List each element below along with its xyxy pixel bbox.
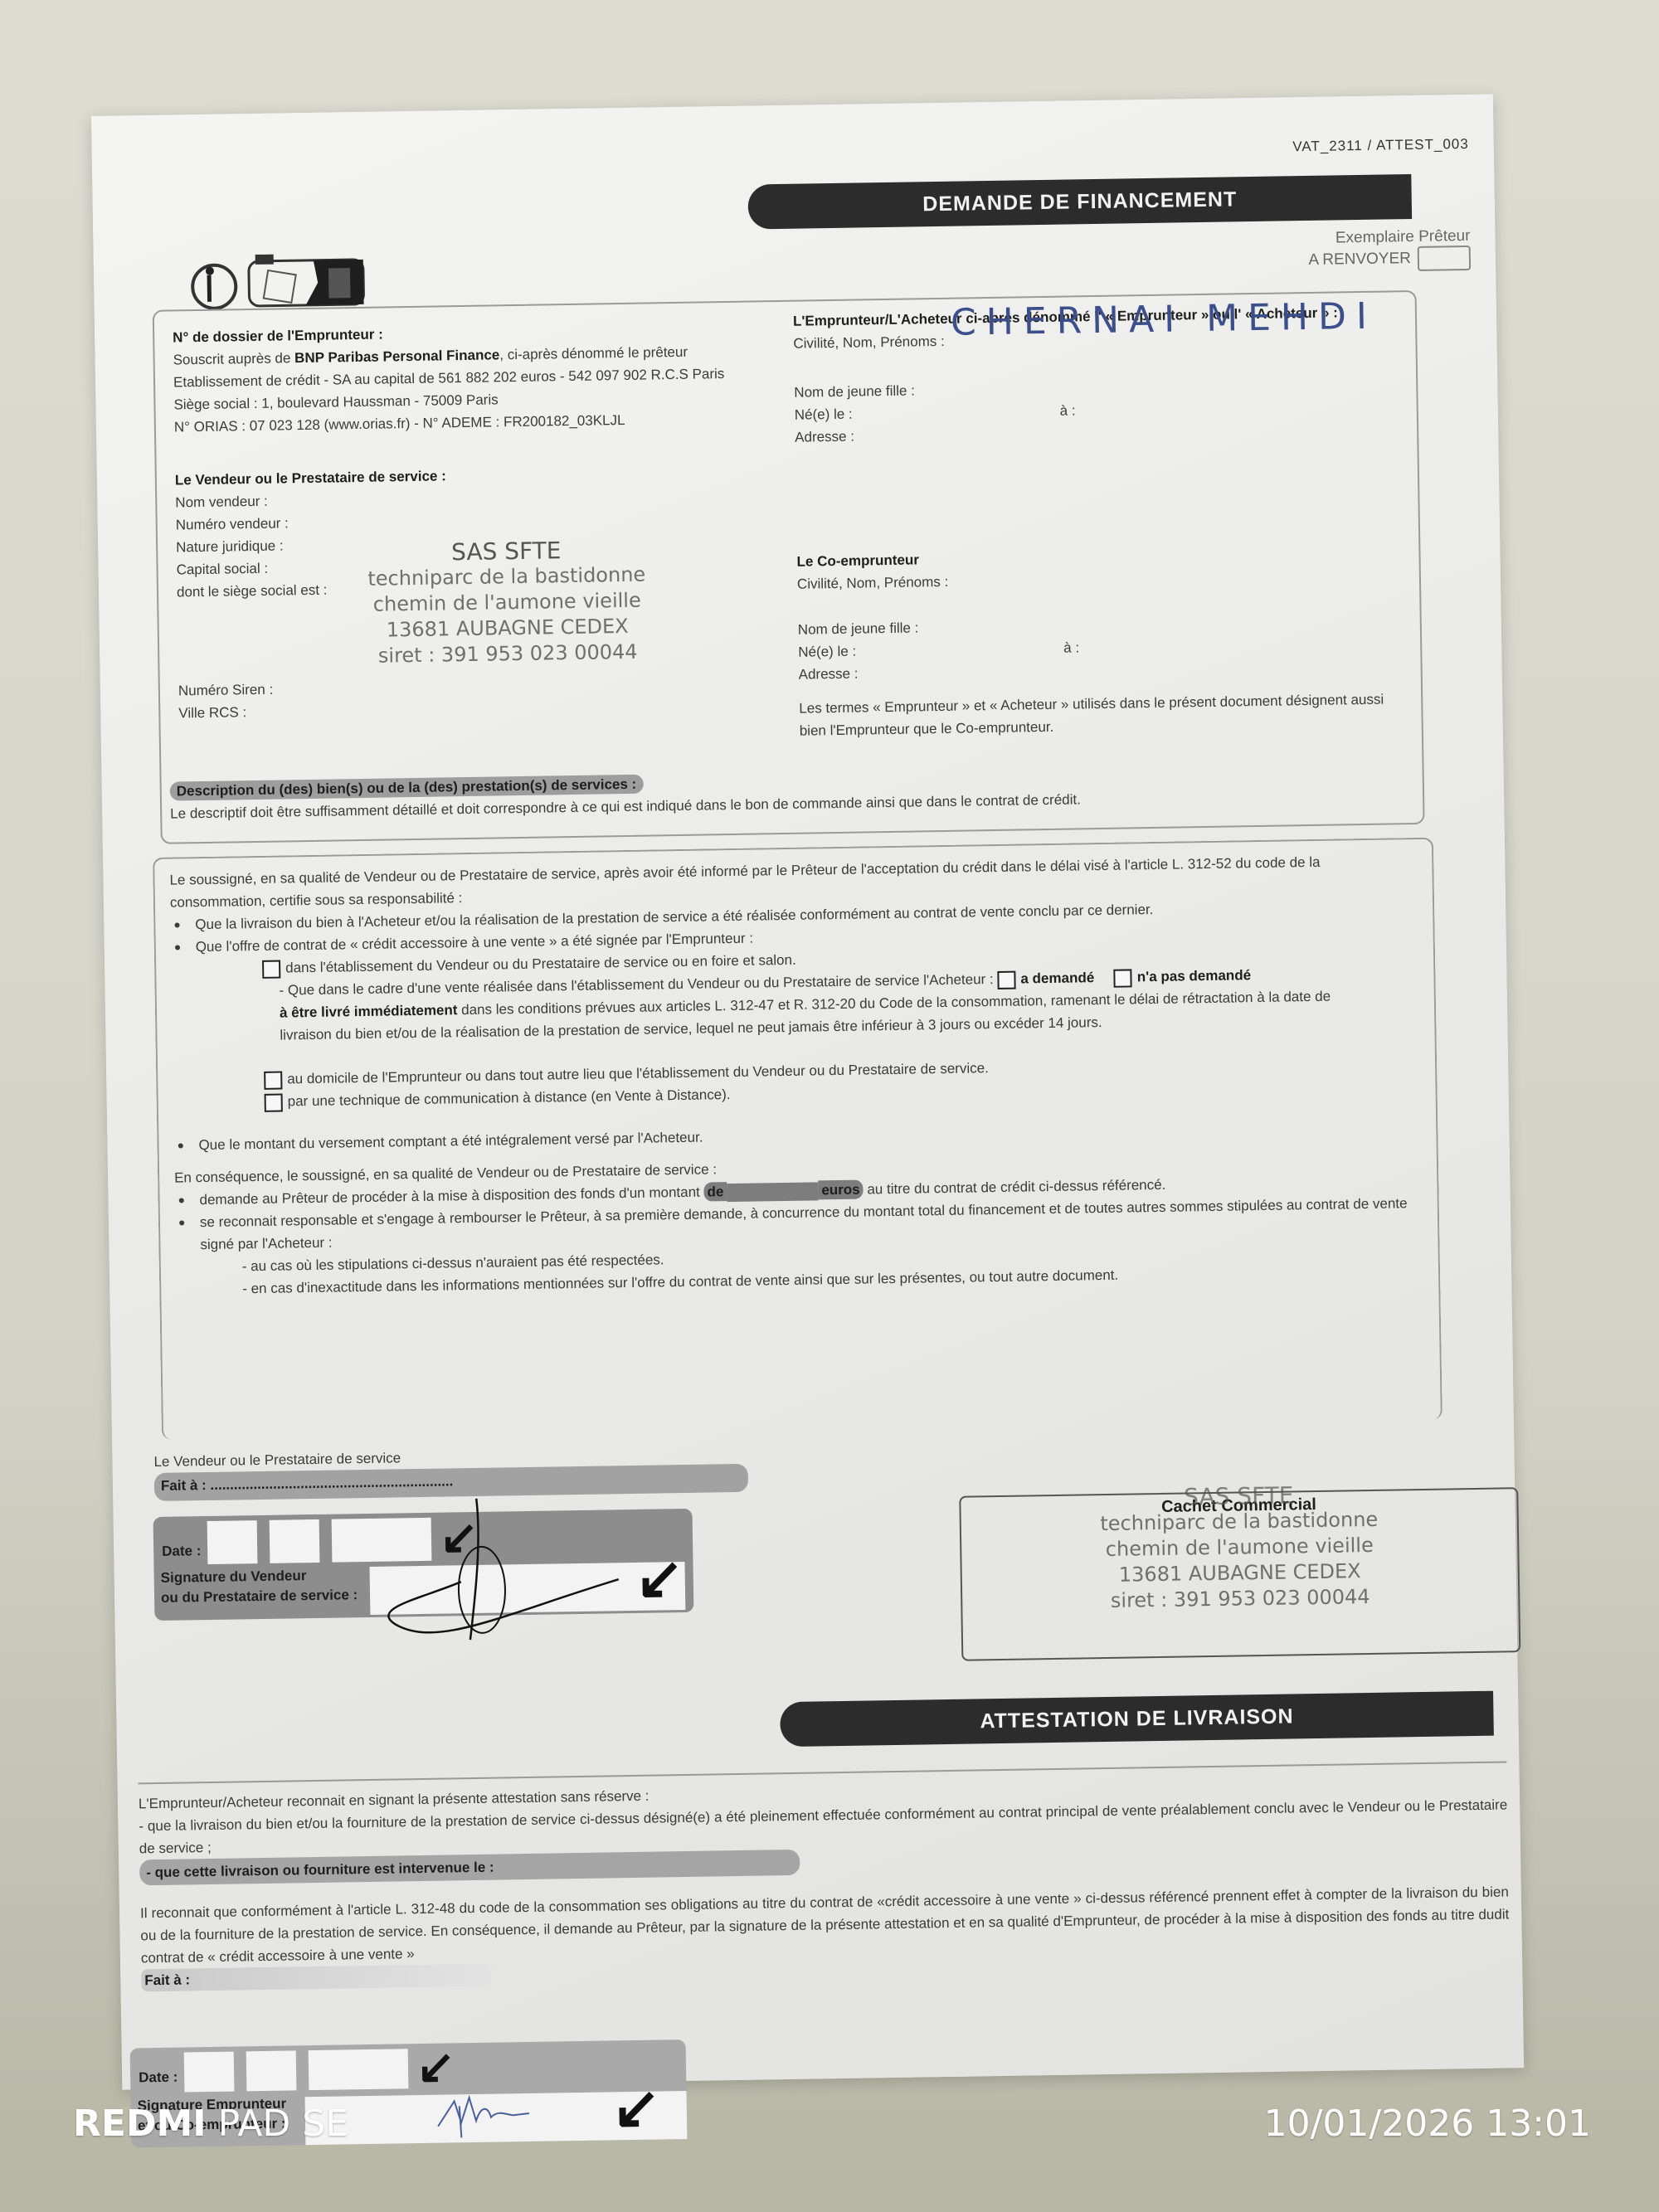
co-ne-le-label: Né(e) le : bbox=[798, 644, 856, 660]
montant-field[interactable] bbox=[727, 1182, 818, 1202]
lieu-naissance-label: à : bbox=[1060, 399, 1076, 421]
na-pas-demande-checkbox[interactable] bbox=[1114, 969, 1132, 987]
cachet-commercial-box: Cachet Commercial SAS SFTE techniparc de… bbox=[959, 1487, 1520, 1661]
option-distance-label: par une technique de communication à dis… bbox=[288, 1087, 731, 1109]
emprunteur-date-month[interactable] bbox=[246, 2050, 297, 2091]
a-demande-checkbox[interactable] bbox=[997, 970, 1015, 989]
domicile-checkbox[interactable] bbox=[264, 1071, 282, 1089]
livre-immediatement-label: à être livré immédiatement bbox=[280, 1002, 458, 1020]
camera-timestamp: 10/01/2026 13:01 bbox=[1264, 2103, 1591, 2145]
dossier-section: N° de dossier de l'Emprunteur : Souscrit… bbox=[173, 317, 805, 439]
civilite-label: Civilité, Nom, Prénoms : bbox=[793, 333, 945, 352]
document-reference: VAT_2311 / ATTEST_003 bbox=[1292, 136, 1469, 155]
ville-rcs-label: Ville RCS : bbox=[178, 697, 494, 724]
exemplaire-label: Exemplaire Prêteur bbox=[1308, 227, 1471, 248]
a-demande-label: a demandé bbox=[1020, 970, 1094, 986]
arrow-down-left-icon: ↙ bbox=[416, 2043, 456, 2090]
attestation-section: L'Emprunteur/Acheteur reconnait en signa… bbox=[139, 1761, 1511, 1991]
ne-le-label: Né(e) le : bbox=[795, 406, 853, 423]
vendeur-stamp: SAS SFTE techniparc de la bastidonne che… bbox=[357, 536, 657, 669]
camera-brand-watermark: REDMI PAD SE bbox=[73, 2103, 348, 2145]
vendeur-date-month[interactable] bbox=[270, 1519, 320, 1563]
vendeur-date-signature-panel: Date : ↙ Signature du Vendeur ou du Pres… bbox=[153, 1509, 694, 1621]
certification-text: Le soussigné, en sa qualité de Vendeur o… bbox=[169, 849, 1420, 1300]
coemprunteur-note: Les termes « Emprunteur » et « Acheteur … bbox=[799, 688, 1397, 741]
etablissement-checkbox[interactable] bbox=[262, 960, 280, 978]
a-renvoyer-label: A RENVOYER bbox=[1308, 250, 1411, 269]
stamp-line: siret : 391 953 023 00044 bbox=[358, 639, 657, 669]
arrow-down-left-icon: ↙ bbox=[635, 1548, 684, 1607]
signature-vendeur-label-2: ou du Prestataire de service : bbox=[161, 1585, 358, 1608]
parties-box: N° de dossier de l'Emprunteur : Souscrit… bbox=[153, 290, 1425, 844]
cachet-stamp: SAS SFTE techniparc de la bastidonne che… bbox=[961, 1479, 1518, 1616]
co-lieu-naissance-label: à : bbox=[1063, 636, 1079, 659]
vendeur-signature-scribble bbox=[335, 1488, 652, 1584]
document-page: VAT_2311 / ATTEST_003 DEMANDE DE FINANCE… bbox=[91, 94, 1524, 2089]
arrow-down-left-icon: ↙ bbox=[611, 2078, 661, 2137]
emprunteur-name-handwritten: CHERNAI MEHDI bbox=[951, 305, 1377, 334]
recycling-person-icon bbox=[189, 253, 372, 314]
demande-euros: euros bbox=[818, 1180, 864, 1200]
camera-brand: REDMI bbox=[73, 2103, 207, 2145]
envelope-icon bbox=[1418, 246, 1471, 271]
vendeur-signature-labels: Signature du Vendeur ou du Prestataire d… bbox=[161, 1565, 358, 1608]
coemprunteur-section: Le Co-emprunteur Civilité, Nom, Prénoms … bbox=[796, 541, 1413, 742]
distance-checkbox[interactable] bbox=[265, 1093, 283, 1111]
demande-financement-banner: DEMANDE DE FINANCEMENT bbox=[747, 174, 1412, 230]
vendeur-date-label: Date : bbox=[162, 1539, 202, 1563]
description-section: Description du (des) bien(s) ou de la (d… bbox=[170, 761, 1399, 824]
emprunteur-date-day[interactable] bbox=[184, 2052, 235, 2093]
certification-box: Le soussigné, en sa qualité de Vendeur o… bbox=[153, 838, 1443, 1440]
attestation-livraison-banner: ATTESTATION DE LIVRAISON bbox=[780, 1691, 1494, 1748]
na-pas-demande-label: n'a pas demandé bbox=[1137, 967, 1252, 984]
emprunteur-date-label: Date : bbox=[139, 2066, 178, 2089]
emprunteur-signature-scribble bbox=[429, 2088, 562, 2140]
exemplaire-preteur: Exemplaire Prêteur A RENVOYER bbox=[1308, 227, 1471, 273]
emprunteur-section: L'Emprunteur/L'Acheteur ci-après dénommé… bbox=[793, 300, 1409, 449]
demande-suffix: au titre du contrat de crédit ci-dessus … bbox=[864, 1177, 1166, 1198]
emprunteur-date-year[interactable] bbox=[309, 2049, 409, 2090]
camera-model: PAD SE bbox=[207, 2103, 348, 2145]
demande-de: de bbox=[703, 1182, 727, 1201]
vendeur-date-day[interactable] bbox=[207, 1520, 258, 1564]
